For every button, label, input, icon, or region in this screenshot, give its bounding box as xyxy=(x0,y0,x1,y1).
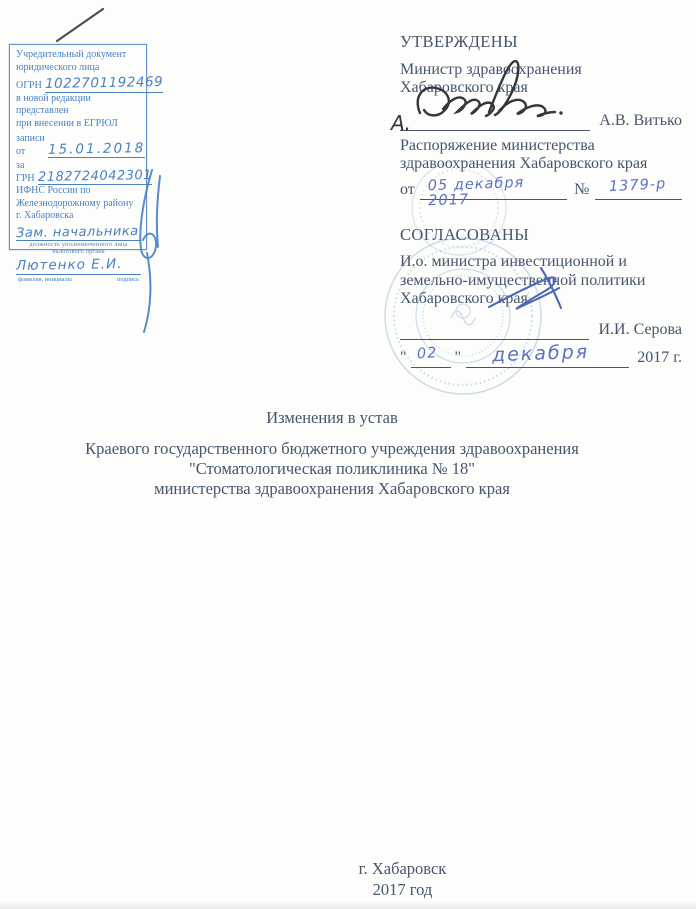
agreed-date-row: " 02 " декабря 2017 г. xyxy=(400,345,682,368)
stamp-line: при внесении в ЕГРЮЛ xyxy=(16,118,141,131)
signature-initial-handwritten: А. xyxy=(391,114,411,133)
officer-name: И.И. Серова xyxy=(598,321,682,340)
stamp-authority: Железнодорожному району xyxy=(16,198,141,211)
scanned-document-page: Учредительный документ юридического лица… xyxy=(0,0,696,909)
number-label: № xyxy=(574,181,589,200)
stamp-line: юридического лица xyxy=(16,62,141,75)
approver-signature-line: А. xyxy=(400,100,590,131)
month-handwritten: декабря xyxy=(466,342,590,364)
stamp-authority: г. Хабаровска xyxy=(16,210,141,223)
footer-city: г. Хабаровск xyxy=(130,858,675,879)
stamp-authority: ИФНС России по xyxy=(16,185,141,198)
approver-signature-row: А. А.В. Витько xyxy=(400,100,682,131)
order-title: здравоохранения Хабаровского края xyxy=(400,155,682,174)
stamp-line: Учредительный документ xyxy=(16,49,141,62)
footer-year: 2017 год xyxy=(130,879,675,900)
from-label: от xyxy=(400,181,415,200)
ogrn-label: ОГРН xyxy=(16,80,42,93)
organization-name-line: Краевого государственного бюджетного учр… xyxy=(28,439,636,459)
agreeing-officer-title: И.о. министра инвестиционной и xyxy=(400,253,682,272)
ogrn-row: ОГРН 1022701192469 xyxy=(16,76,141,93)
agreed-heading: СОГЛАСОВАНЫ xyxy=(400,226,682,245)
day-handwritten: 02 xyxy=(410,346,437,363)
position-caption: должность уполномоченного лица xyxy=(16,241,141,248)
grn-row: за ГРН 2182724042301 xyxy=(16,160,141,185)
officer-signature-line xyxy=(400,313,589,340)
organization-name-line: "Стоматологическая поликлиника № 18" xyxy=(28,459,636,479)
approver-name: А.В. Витько xyxy=(599,112,682,131)
document-title-block: Изменения в устав Краевого государственн… xyxy=(28,408,636,499)
grn-field: 2182724042301 xyxy=(38,170,152,186)
close-quote: " xyxy=(455,349,462,368)
document-title: Изменения в устав xyxy=(28,408,636,428)
tax-registration-stamp: Учредительный документ юридического лица… xyxy=(9,44,147,250)
order-number-field: 1379-р xyxy=(595,177,682,200)
record-label: записи от xyxy=(16,133,45,158)
approved-heading: УТВЕРЖДЕНЫ xyxy=(400,33,682,52)
name-handwritten: Лютенко Е.И. xyxy=(16,257,123,274)
order-date-handwritten: 05 декабря 2017 xyxy=(419,174,567,209)
officer-signature-row: И.И. Серова xyxy=(400,313,682,340)
name-caption: фамилия, инициалы xyxy=(18,276,72,283)
ogrn-field: 1022701192469 xyxy=(45,76,163,93)
approver-title: Хабаровского края xyxy=(400,79,682,98)
record-field: 15.01.2018 xyxy=(48,142,145,159)
sign-caption: подпись xyxy=(117,276,139,283)
position-handwritten: Зам. начальника xyxy=(16,223,139,240)
open-quote: " xyxy=(400,349,407,368)
organization-name-line: министерства здравоохранения Хабаровског… xyxy=(28,479,636,499)
name-field: Лютенко Е.И. xyxy=(16,258,141,275)
footer-block: г. Хабаровск 2017 год xyxy=(130,858,675,900)
order-date-row: от 05 декабря 2017 № 1379-р xyxy=(400,177,682,200)
record-date-handwritten: 15.01.2018 xyxy=(48,141,146,157)
order-number-handwritten: 1379-р xyxy=(595,177,667,196)
year-label: 2017 г. xyxy=(637,349,682,368)
order-title: Распоряжение министерства xyxy=(400,137,682,156)
order-date-field: 05 декабря 2017 xyxy=(420,177,567,200)
approval-column: УТВЕРЖДЕНЫ Министр здравоохранения Хабар… xyxy=(400,33,682,368)
month-field: декабря xyxy=(466,345,629,368)
position-field: Зам. начальника xyxy=(16,225,141,242)
pen-stroke xyxy=(57,9,103,41)
agreeing-officer-title: земельно-имущественной политики xyxy=(400,272,682,291)
name-caption-row: фамилия, инициалы подпись xyxy=(16,275,141,283)
position-caption: налогового органа xyxy=(16,248,141,255)
ogrn-handwritten-value: 1022701192469 xyxy=(45,75,163,91)
stamp-line: в новой редакции представлен xyxy=(16,93,141,118)
day-field: 02 xyxy=(411,345,451,368)
grn-handwritten-value: 2182724042301 xyxy=(37,169,151,185)
grn-label: за ГРН xyxy=(16,160,35,185)
record-row: записи от 15.01.2018 xyxy=(16,133,141,158)
approver-title: Министр здравоохранения xyxy=(400,61,682,80)
agreeing-officer-title: Хабаровского края xyxy=(400,290,682,309)
